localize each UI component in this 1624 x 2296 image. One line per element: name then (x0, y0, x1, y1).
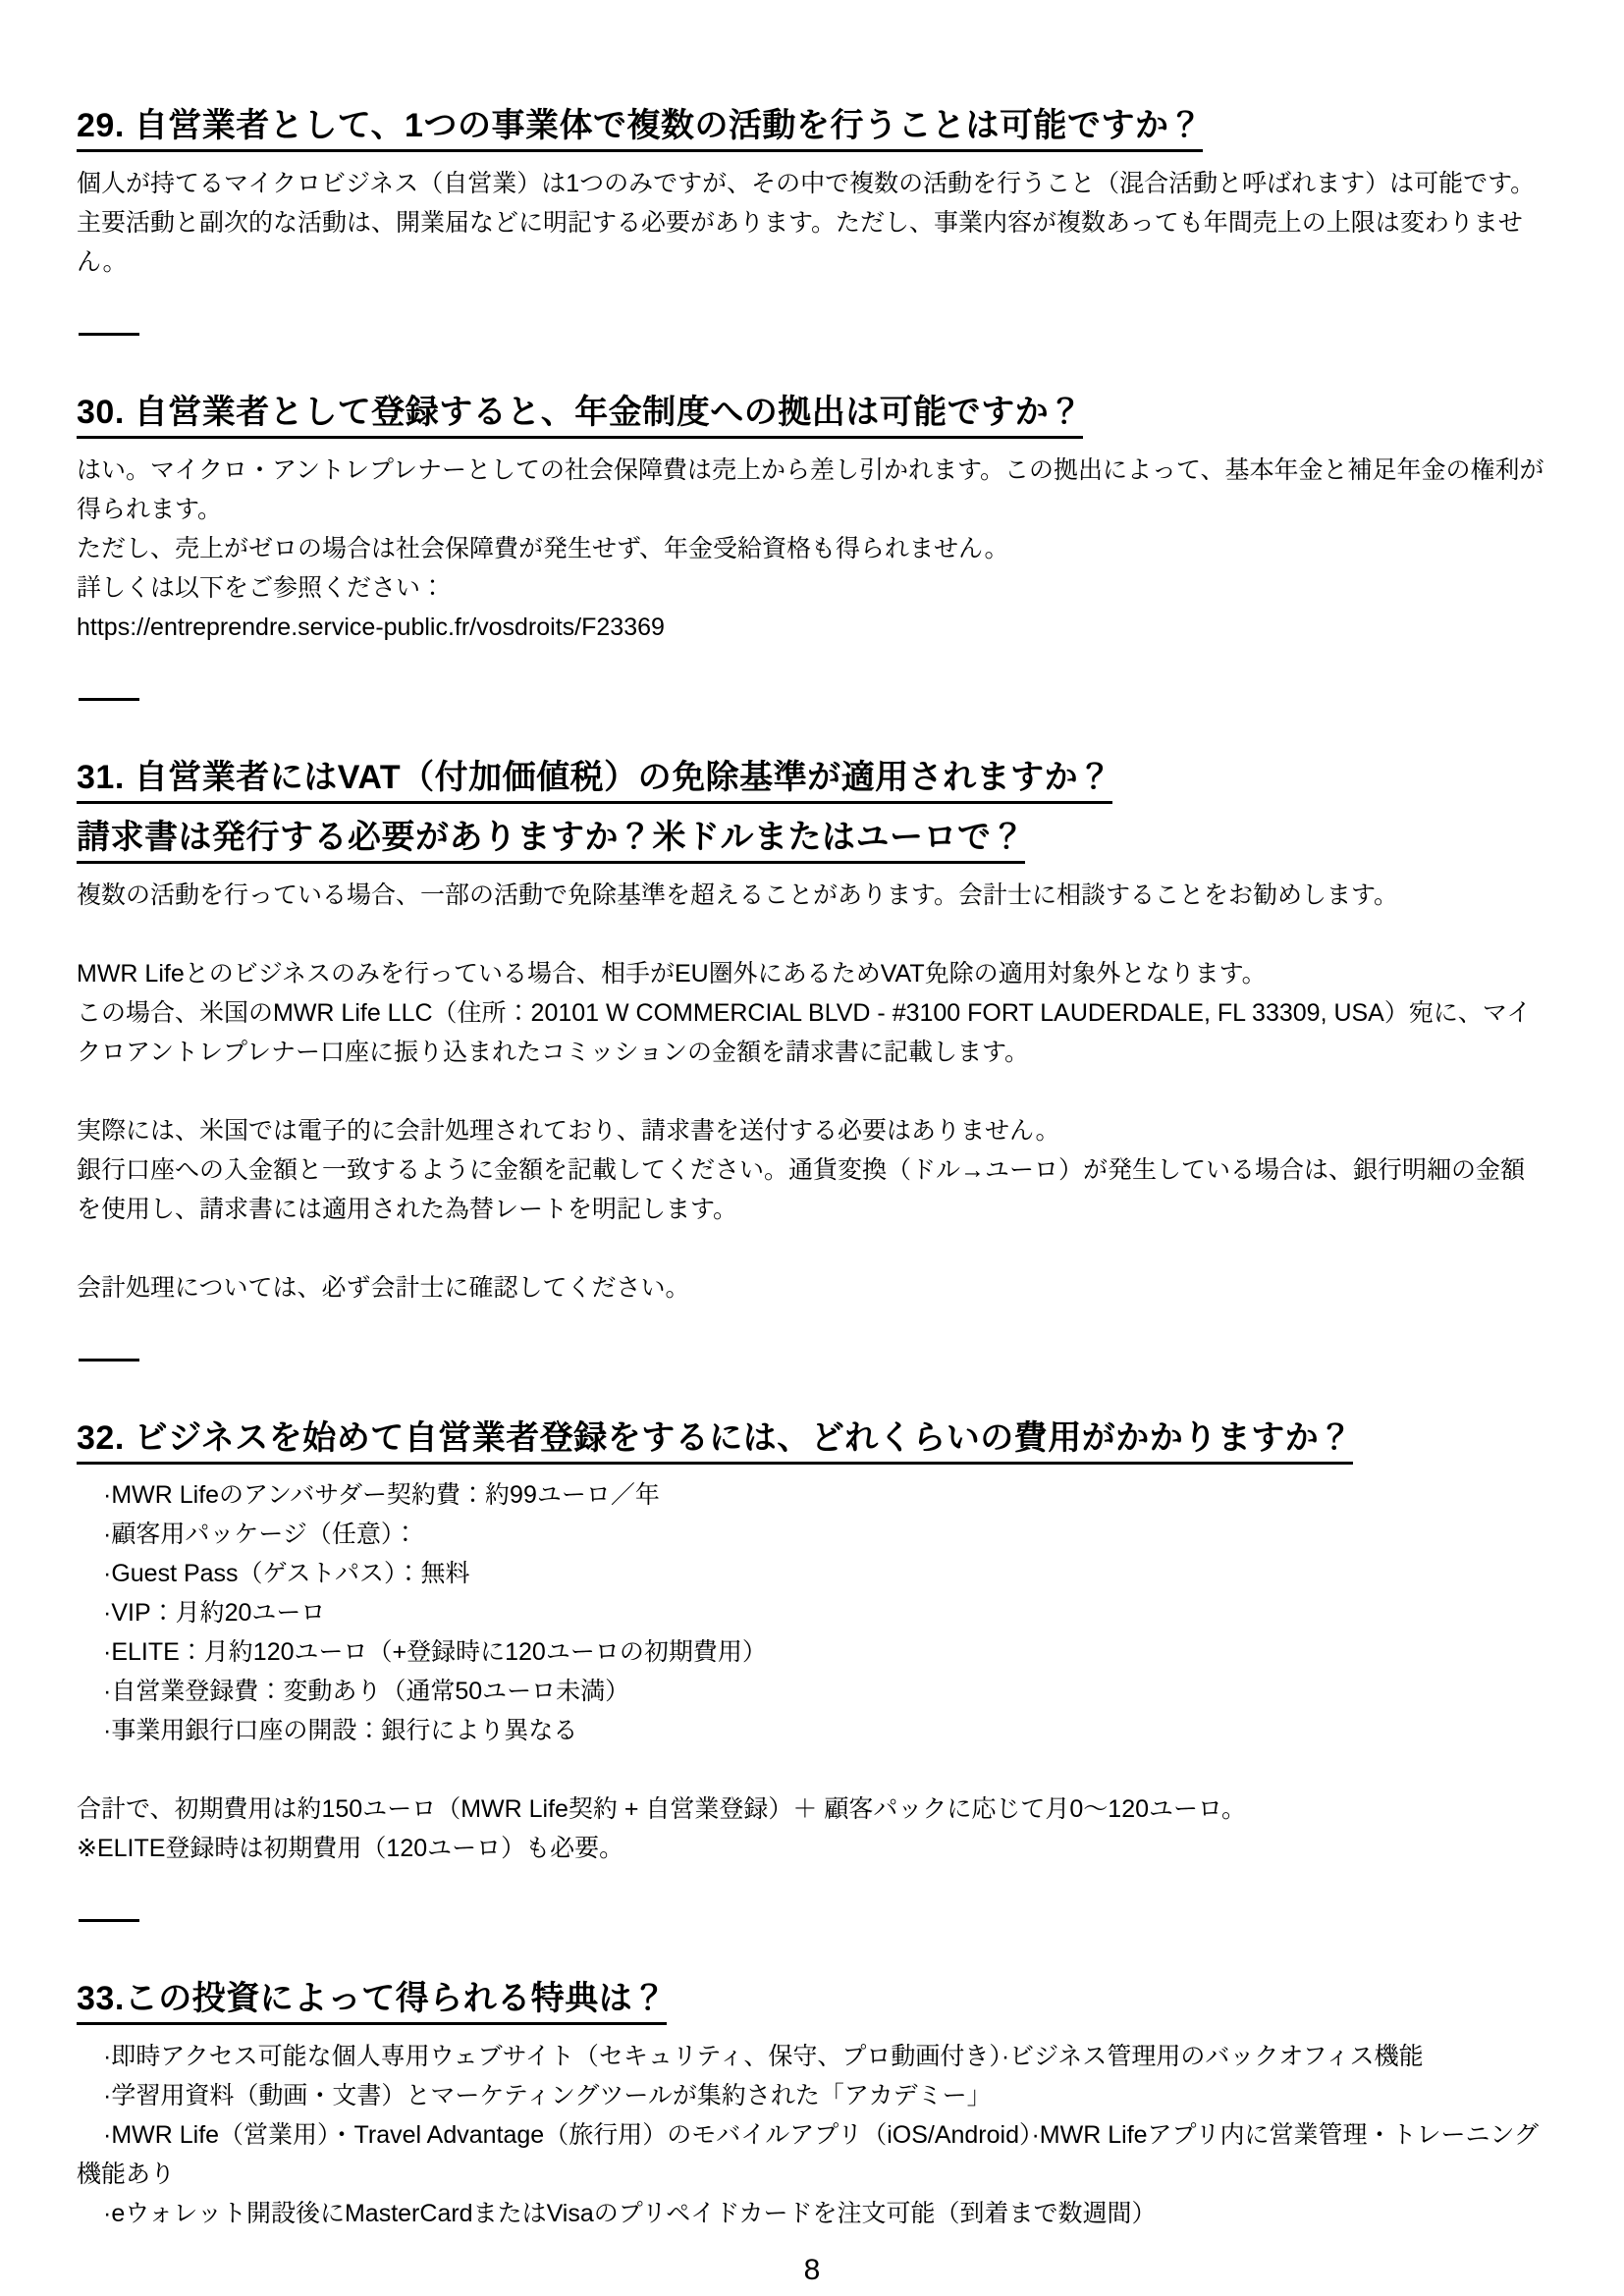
answer-paragraph: 銀行口座への入金額と一致するように金額を記載してください。通貨変換（ドル→ユーロ… (77, 1150, 1547, 1229)
bullet-item: ·Guest Pass（ゲストパス）：無料 (77, 1554, 1547, 1593)
faq-section-30: 30. 自営業者として登録すると、年金制度への拠出は可能ですか？ はい。マイクロ… (77, 391, 1547, 701)
answer-31: 複数の活動を行っている場合、一部の活動で免除基準を超えることがあります。会計士に… (77, 876, 1547, 1308)
answer-paragraph: 複数の活動を行っている場合、一部の活動で免除基準を超えることがあります。会計士に… (77, 876, 1547, 915)
bullet-item: ·VIP：月約20ユーロ (77, 1593, 1547, 1632)
blank-line (77, 1072, 1547, 1111)
answer-paragraph: MWR Lifeとのビジネスのみを行っている場合、相手がEU圏外にあるためVAT… (77, 954, 1547, 993)
section-divider (79, 333, 139, 336)
bullet-item: ·ELITE：月約120ユーロ（+登録時に120ユーロの初期費用） (77, 1632, 1547, 1672)
answer-30: はい。マイクロ・アントレプレナーとしての社会保障費は売上から差し引かれます。この… (77, 451, 1547, 647)
document-page: { "page_number": "8", "sections": [ { "h… (0, 0, 1624, 2296)
question-heading-31-line2: 請求書は発行する必要がありますか？米ドルまたはユーロで？ (77, 816, 1547, 860)
answer-paragraph: はい。マイクロ・アントレプレナーとしての社会保障費は売上から差し引かれます。この… (77, 451, 1547, 529)
question-heading-31-line1-text: 31. 自営業者にはVAT（付加価値税）の免除基準が適用されますか？ (77, 759, 1112, 804)
faq-section-31: 31. 自営業者にはVAT（付加価値税）の免除基準が適用されますか？ 請求書は発… (77, 756, 1547, 1362)
section-divider (79, 698, 139, 701)
answer-paragraph: 詳しくは以下をご参照ください： (77, 568, 1547, 608)
answer-paragraph: 個人が持てるマイクロビジネス（自営業）は1つのみですが、その中で複数の活動を行う… (77, 164, 1547, 282)
answer-29: 個人が持てるマイクロビジネス（自営業）は1つのみですが、その中で複数の活動を行う… (77, 164, 1547, 282)
question-heading-30-text: 30. 自営業者として登録すると、年金制度への拠出は可能ですか？ (77, 394, 1083, 439)
page-number: 8 (77, 2253, 1547, 2288)
blank-line (77, 915, 1547, 954)
question-heading-30: 30. 自営業者として登録すると、年金制度への拠出は可能ですか？ (77, 391, 1547, 435)
section-divider (79, 1359, 139, 1362)
question-heading-31-line2-text: 請求書は発行する必要がありますか？米ドルまたはユーロで？ (77, 819, 1025, 864)
question-heading-29: 29. 自営業者として、1つの事業体で複数の活動を行うことは可能ですか？ (77, 104, 1547, 148)
question-heading-32-text: 32. ビジネスを始めて自営業者登録をするには、どれくらいの費用がかかりますか？ (77, 1419, 1353, 1465)
answer-paragraph: 会計処理については、必ず会計士に確認してください。 (77, 1268, 1547, 1308)
bullet-item: ·MWR Life（営業用）・Travel Advantage（旅行用）のモバイ… (77, 2115, 1547, 2194)
answer-paragraph: 合計で、初期費用は約150ユーロ（MWR Life契約 + 自営業登録）＋ 顧客… (77, 1789, 1547, 1829)
answer-paragraph: この場合、米国のMWR Life LLC（住所：20101 W COMMERCI… (77, 993, 1547, 1072)
section-divider (79, 1919, 139, 1922)
bullet-item: ·自営業登録費：変動あり（通常50ユーロ未満） (77, 1672, 1547, 1711)
question-heading-32: 32. ビジネスを始めて自営業者登録をするには、どれくらいの費用がかかりますか？ (77, 1416, 1547, 1461)
bullet-item: ·顧客用パッケージ（任意）： (77, 1515, 1547, 1554)
blank-line (77, 1750, 1547, 1789)
faq-section-33: 33.この投資によって得られる特典は？ ·即時アクセス可能な個人専用ウェブサイト… (77, 1977, 1547, 2233)
bullet-item: ·事業用銀行口座の開設：銀行により異なる (77, 1711, 1547, 1750)
answer-paragraph: ※ELITE登録時は初期費用（120ユーロ）も必要。 (77, 1829, 1547, 1868)
external-link-url[interactable]: https://entreprendre.service-public.fr/v… (77, 608, 1547, 647)
bullet-item: ·eウォレット開設後にMasterCardまたはVisaのプリペイドカードを注文… (77, 2194, 1547, 2233)
faq-section-32: 32. ビジネスを始めて自営業者登録をするには、どれくらいの費用がかかりますか？… (77, 1416, 1547, 1923)
answer-paragraph: ただし、売上がゼロの場合は社会保障費が発生せず、年金受給資格も得られません。 (77, 529, 1547, 568)
answer-33: ·即時アクセス可能な個人専用ウェブサイト（セキュリティ、保守、プロ動画付き）·ビ… (77, 2037, 1547, 2233)
bullet-item: ·学習用資料（動画・文書）とマーケティングツールが集約された「アカデミー」 (77, 2076, 1547, 2115)
answer-32: ·MWR Lifeのアンバサダー契約費：約99ユーロ／年 ·顧客用パッケージ（任… (77, 1475, 1547, 1868)
answer-paragraph: 実際には、米国では電子的に会計処理されており、請求書を送付する必要はありません。 (77, 1111, 1547, 1150)
bullet-item: ·即時アクセス可能な個人専用ウェブサイト（セキュリティ、保守、プロ動画付き）·ビ… (77, 2037, 1547, 2076)
bullet-item: ·MWR Lifeのアンバサダー契約費：約99ユーロ／年 (77, 1475, 1547, 1515)
question-heading-29-text: 29. 自営業者として、1つの事業体で複数の活動を行うことは可能ですか？ (77, 107, 1203, 152)
question-heading-33-text: 33.この投資によって得られる特典は？ (77, 1980, 667, 2025)
question-heading-31-line1: 31. 自営業者にはVAT（付加価値税）の免除基準が適用されますか？ (77, 756, 1547, 800)
blank-line (77, 1229, 1547, 1268)
question-heading-33: 33.この投資によって得られる特典は？ (77, 1977, 1547, 2021)
faq-section-29: 29. 自営業者として、1つの事業体で複数の活動を行うことは可能ですか？ 個人が… (77, 104, 1547, 336)
page-content: 29. 自営業者として、1つの事業体で複数の活動を行うことは可能ですか？ 個人が… (0, 0, 1624, 2288)
